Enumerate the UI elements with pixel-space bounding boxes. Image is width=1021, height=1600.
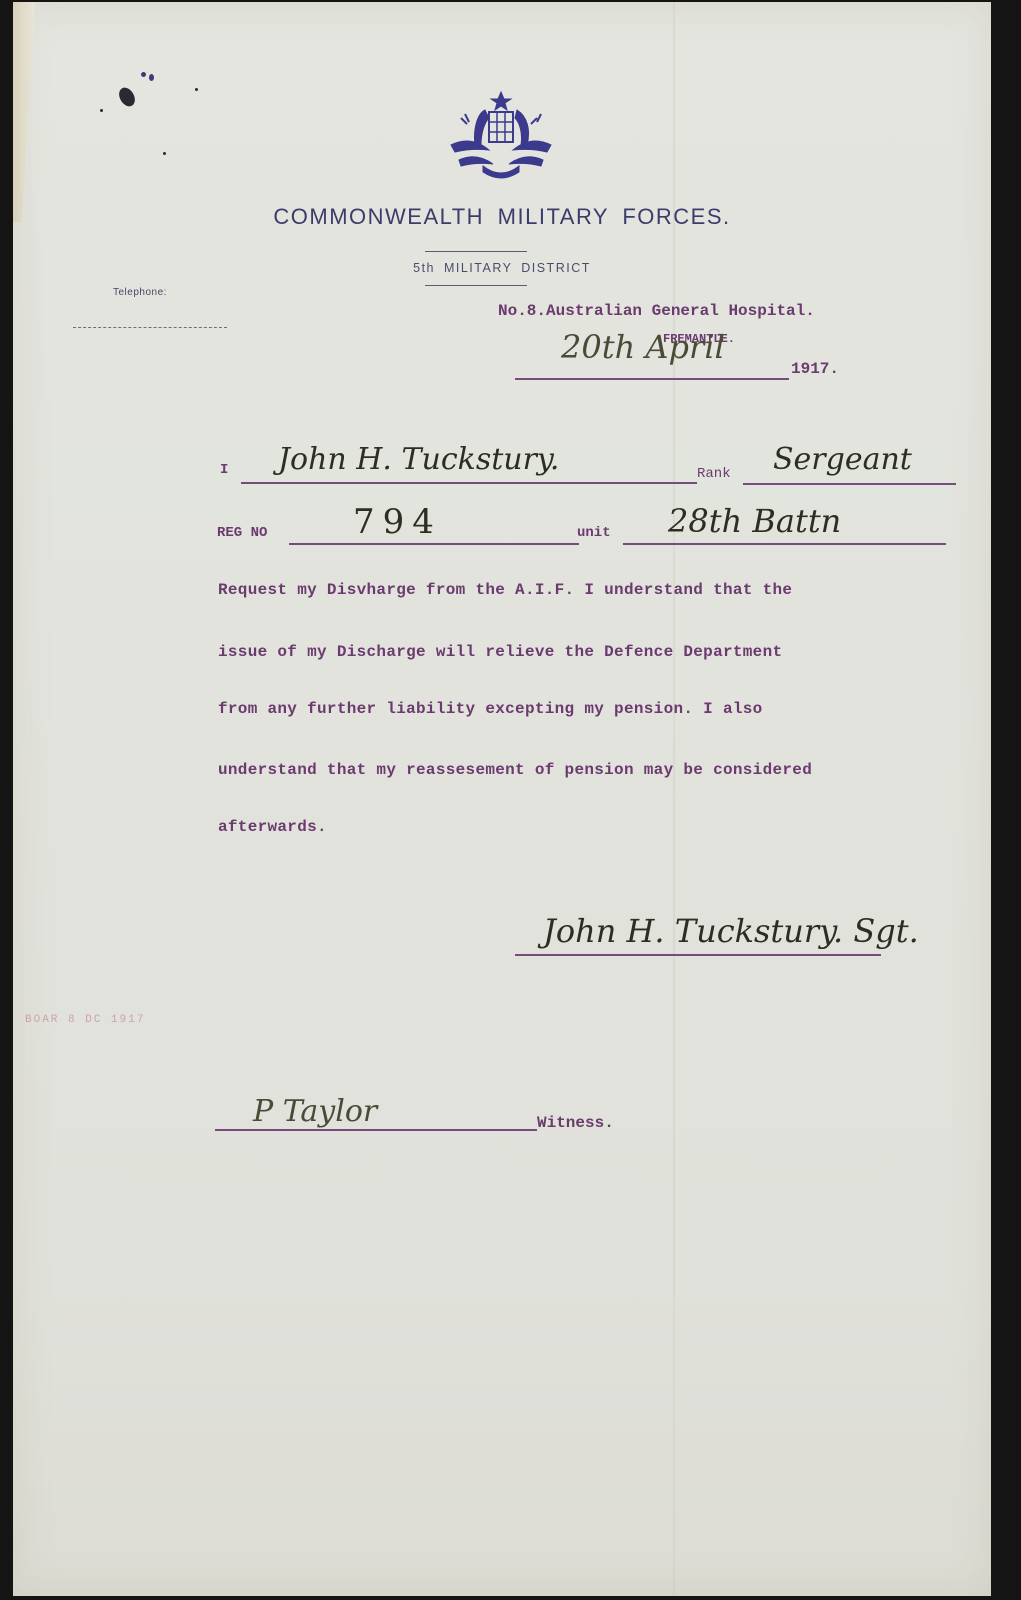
divider — [425, 285, 527, 286]
body-line: from any further liability excepting my … — [218, 700, 763, 718]
body-line: afterwards. — [218, 818, 327, 836]
rank-label: Rank — [697, 466, 731, 482]
ink-dot — [195, 88, 198, 91]
applicant-signature: John H. Tuckstury. Sgt. — [543, 912, 919, 950]
coat-of-arms-icon — [441, 90, 561, 185]
unit-label: unit — [577, 525, 611, 541]
handwritten-reg-no: 794 — [353, 502, 442, 542]
witness-label: Witness. — [537, 1114, 614, 1132]
body-line: Request my Disvharge from the A.I.F. I u… — [218, 581, 792, 599]
district-subheading: 5th MILITARY DISTRICT — [13, 261, 991, 275]
signature-underline — [515, 954, 881, 956]
document-page: COMMONWEALTH MILITARY FORCES. 5th MILITA… — [13, 2, 991, 1596]
ink-dot — [149, 74, 154, 81]
name-underline — [241, 482, 697, 484]
folded-corner — [13, 2, 35, 222]
handwritten-name: John H. Tuckstury. — [278, 442, 559, 477]
faded-date-stamp: BOAR 8 DC 1917 — [25, 1014, 145, 1026]
hospital-address: No.8.Australian General Hospital. — [498, 302, 815, 320]
date-underline — [515, 378, 789, 380]
i-label: I — [220, 462, 228, 478]
unit-underline — [623, 543, 946, 545]
reg-no-label: REG NO — [217, 525, 267, 541]
ink-dot — [163, 152, 166, 155]
divider — [425, 251, 527, 252]
year: 1917. — [791, 360, 839, 378]
ink-dot — [141, 72, 146, 77]
witness-underline — [215, 1129, 537, 1131]
rank-underline — [743, 483, 956, 485]
handwritten-unit: 28th Battn — [668, 502, 841, 540]
ink-blot — [116, 85, 138, 109]
paper-crease — [673, 2, 675, 1596]
organization-heading: COMMONWEALTH MILITARY FORCES. — [13, 204, 991, 230]
telephone-label: Telephone: — [113, 287, 167, 298]
telephone-blank-line — [73, 327, 227, 328]
handwritten-date: 20th April — [561, 328, 725, 366]
witness-signature: P Taylor — [253, 1094, 377, 1129]
reg-no-underline — [289, 543, 579, 545]
ink-dot — [100, 109, 103, 112]
body-line: understand that my reassesement of pensi… — [218, 761, 812, 779]
handwritten-rank: Sergeant — [773, 442, 912, 477]
body-line: issue of my Discharge will relieve the D… — [218, 643, 782, 661]
